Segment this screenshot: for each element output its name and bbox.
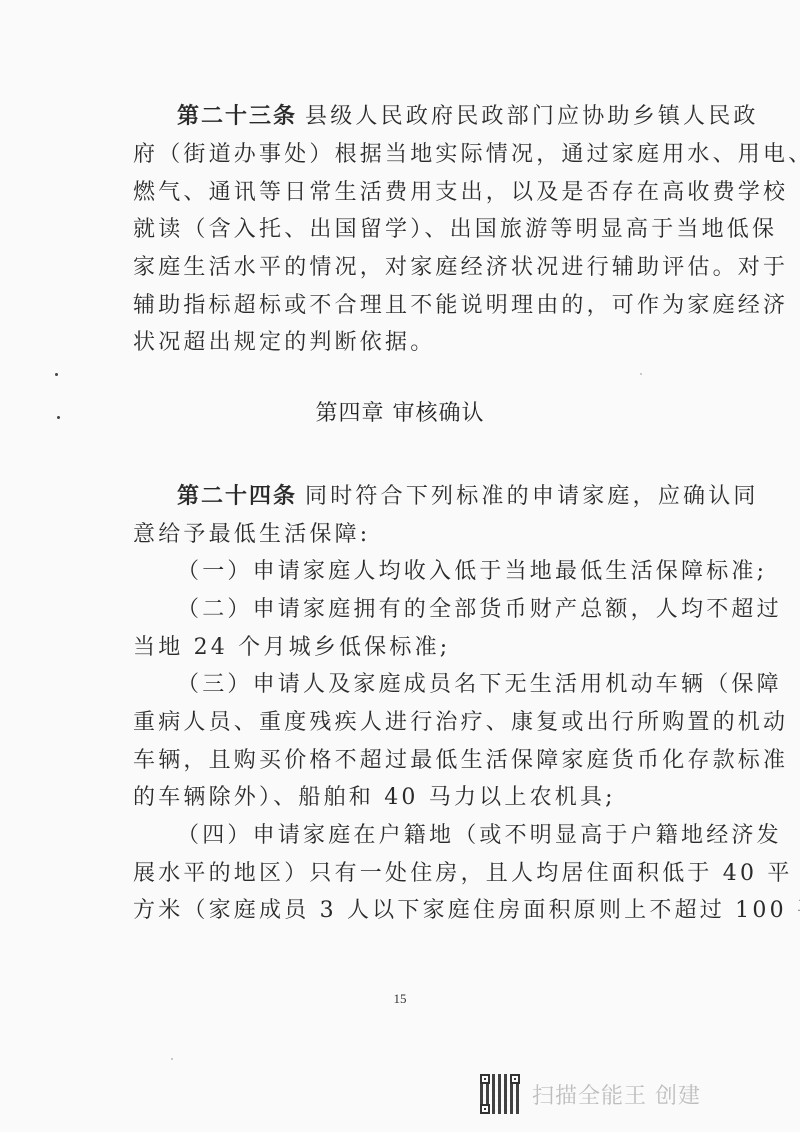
article-23-line-1: 第二十三条县级人民政府民政部门应协助乡镇人民政: [177, 103, 693, 131]
item-4-line-3: 方米（家庭成员 3 人以下家庭住房面积原则上不超过 100 平: [133, 897, 693, 925]
qr-finder-pattern: [480, 1074, 490, 1084]
article-23-line-3: 燃气、通讯等日常生活费用支出，以及是否存在高收费学校: [133, 179, 693, 207]
qr-code-icon: [480, 1074, 520, 1114]
scan-speck: [640, 373, 642, 375]
article-23-line-4: 就读（含入托、出国留学）、出国旅游等明显高于当地低保: [133, 216, 693, 244]
qr-finder-pattern: [480, 1104, 490, 1114]
item-3-line-4: 的车辆除外）、船舶和 40 马力以上农机具;: [133, 784, 693, 812]
document-page: 第二十三条县级人民政府民政部门应协助乡镇人民政 府（街道办事处）根据当地实际情况…: [0, 0, 800, 1132]
item-3-line-3: 车辆，且购买价格不超过最低生活保障家庭货币化存款标准: [133, 747, 693, 775]
item-4-line-2: 展水平的地区）只有一处住房，且人均居住面积低于 40 平: [133, 860, 693, 888]
item-4-line-1: （四）申请家庭在户籍地（或不明显高于户籍地经济发: [177, 822, 693, 850]
item-3-line-1: （三）申请人及家庭成员名下无生活用机动车辆（保障: [177, 671, 693, 699]
item-2-line-1: （二）申请家庭拥有的全部货币财产总额，人均不超过: [177, 596, 693, 624]
page-number: 15: [0, 991, 800, 1007]
scanner-watermark: 扫描全能王 创建: [480, 1074, 701, 1114]
article-24-label: 第二十四条: [177, 484, 297, 509]
article-23-line-7: 状况超出规定的判断依据。: [133, 329, 693, 357]
item-1-line-1: （一）申请家庭人均收入低于当地最低生活保障标准;: [177, 558, 693, 586]
scan-speck: [55, 373, 58, 376]
chapter-title: 第四章 审核确认: [0, 400, 800, 428]
item-2-line-2: 当地 24 个月城乡低保标准;: [133, 634, 693, 662]
article-23-line-2: 府（街道办事处）根据当地实际情况，通过家庭用水、用电、: [133, 141, 693, 169]
item-3-line-2: 重病人员、重度残疾人进行治疗、康复或出行所购置的机动: [133, 709, 693, 737]
article-23-text: 县级人民政府民政部门应协助乡镇人民政: [305, 104, 759, 129]
article-23-line-5: 家庭生活水平的情况，对家庭经济状况进行辅助评估。对于: [133, 254, 693, 282]
article-23-line-6: 辅助指标超标或不合理且不能说明理由的，可作为家庭经济: [133, 292, 693, 320]
article-24-line-1: 第二十四条同时符合下列标准的申请家庭，应确认同: [177, 483, 693, 511]
watermark-text: 扫描全能王 创建: [532, 1079, 701, 1110]
scan-speck: [171, 1058, 173, 1060]
article-24-text: 同时符合下列标准的申请家庭，应确认同: [305, 484, 759, 509]
article-24-line-2: 意给予最低生活保障:: [133, 521, 693, 549]
article-23-label: 第二十三条: [177, 104, 297, 129]
qr-finder-pattern: [510, 1074, 520, 1084]
